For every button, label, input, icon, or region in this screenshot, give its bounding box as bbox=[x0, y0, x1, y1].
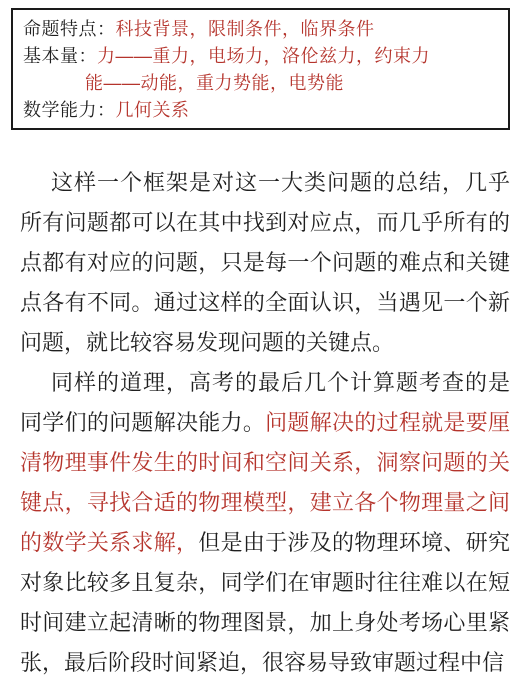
box-line-math-ability: 数学能力：几何关系 bbox=[23, 97, 500, 124]
box-line-label: 命题特点： bbox=[23, 19, 116, 39]
article-body: 这样一个框架是对这一大类问题的总结，几乎所有问题都可以在其中找到对应点，而几乎所… bbox=[20, 163, 510, 683]
document-page: 命题特点：科技背景，限制条件，临界条件 基本量：力——重力，电场力，洛伦兹力，约… bbox=[0, 8, 530, 683]
box-line-value: 科技背景，限制条件，临界条件 bbox=[116, 19, 375, 39]
box-line-value: 几何关系 bbox=[116, 100, 190, 120]
box-line-value: 能——动能，重力势能，电势能 bbox=[85, 73, 344, 93]
box-line-basic-quantities: 基本量：力——重力，电场力，洛伦兹力，约束力 bbox=[23, 43, 500, 70]
box-line-topic-features: 命题特点：科技背景，限制条件，临界条件 bbox=[23, 16, 500, 43]
paragraph-problem-solving: 同样的道理，高考的最后几个计算题考查的是同学们的问题解决能力。问题解决的过程就是… bbox=[20, 363, 510, 683]
text-segment: 这样一个框架是对这一大类问题的总结，几乎所有问题都可以在其中找到对应点，而几乎所… bbox=[20, 170, 510, 355]
box-line-label: 基本量： bbox=[23, 46, 97, 66]
box-line-value: 力——重力，电场力，洛伦兹力，约束力 bbox=[97, 46, 430, 66]
box-line-label: 数学能力： bbox=[23, 100, 116, 120]
box-line-energy: 能——动能，重力势能，电势能 bbox=[23, 70, 500, 97]
key-points-box: 命题特点：科技背景，限制条件，临界条件 基本量：力——重力，电场力，洛伦兹力，约… bbox=[11, 8, 510, 130]
paragraph-framework-summary: 这样一个框架是对这一大类问题的总结，几乎所有问题都可以在其中找到对应点，而几乎所… bbox=[20, 163, 510, 363]
